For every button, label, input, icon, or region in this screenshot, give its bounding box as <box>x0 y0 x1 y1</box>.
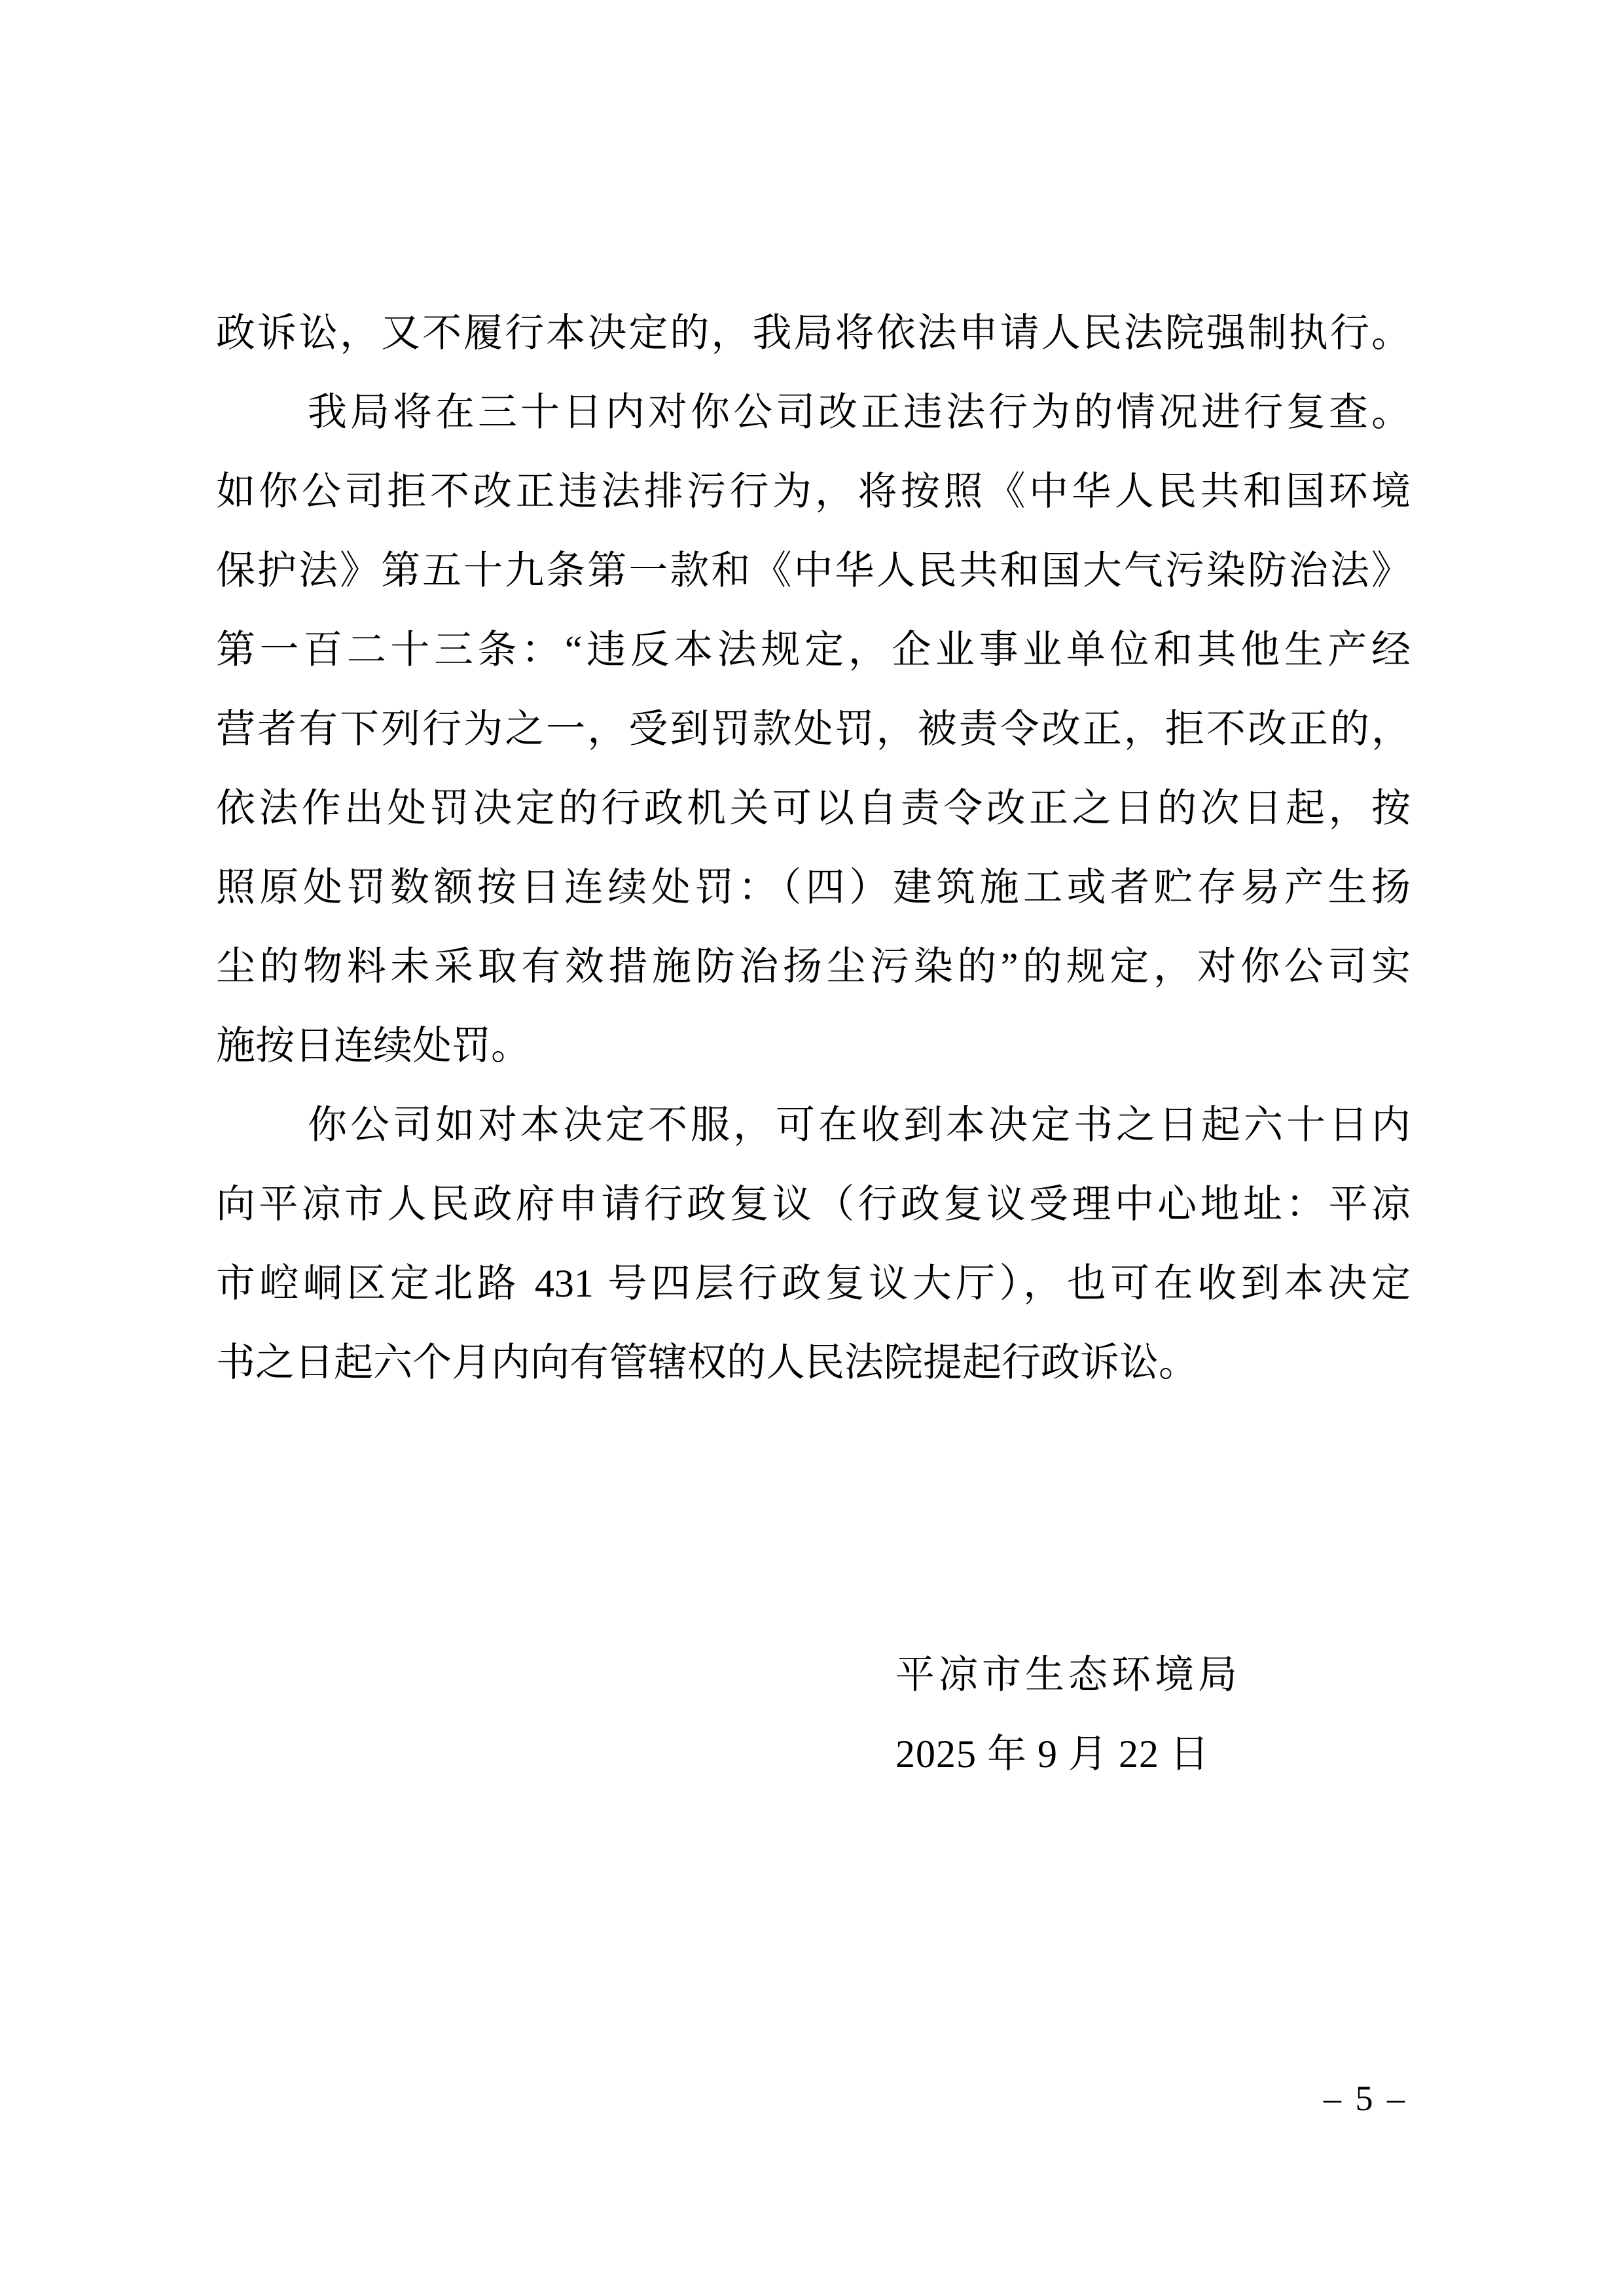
body-line: 政诉讼，又不履行本决定的，我局将依法申请人民法院强制执行。 <box>216 294 1411 373</box>
body-line: 保护法》第五十九条第一款和《中华人民共和国大气污染防治法》 <box>216 531 1411 611</box>
body-line: 照原处罚数额按日连续处罚：（四）建筑施工或者贮存易产生扬 <box>216 848 1411 927</box>
body-line: 施按日连续处罚。 <box>216 1007 1411 1086</box>
page-number: – 5 – <box>1324 2073 1407 2123</box>
body-line: 依法作出处罚决定的行政机关可以自责令改正之日的次日起，按 <box>216 769 1411 848</box>
body-line: 第一百二十三条：“违反本法规定，企业事业单位和其他生产经 <box>216 611 1411 690</box>
body-line: 尘的物料未采取有效措施防治扬尘污染的”的规定，对你公司实 <box>216 927 1411 1007</box>
body-line: 你公司如对本决定不服，可在收到本决定书之日起六十日内 <box>216 1086 1411 1165</box>
body-line: 向平凉市人民政府申请行政复议（行政复议受理中心地址：平凉 <box>216 1165 1411 1244</box>
body-line: 如你公司拒不改正违法排污行为，将按照《中华人民共和国环境 <box>216 452 1411 531</box>
body-line: 营者有下列行为之一，受到罚款处罚，被责令改正，拒不改正的， <box>216 690 1411 769</box>
signature-date: 2025 年 9 月 22 日 <box>895 1715 1210 1794</box>
signature-organization: 平凉市生态环境局 <box>895 1636 1241 1715</box>
document-page: 政诉讼，又不履行本决定的，我局将依法申请人民法院强制执行。 我局将在三十日内对你… <box>0 0 1624 2296</box>
body-line: 市崆峒区定北路 431 号四层行政复议大厅），也可在收到本决定 <box>216 1244 1411 1323</box>
body-text: 政诉讼，又不履行本决定的，我局将依法申请人民法院强制执行。 我局将在三十日内对你… <box>216 294 1411 1403</box>
body-line: 书之日起六个月内向有管辖权的人民法院提起行政诉讼。 <box>216 1323 1411 1403</box>
body-line: 我局将在三十日内对你公司改正违法行为的情况进行复查。 <box>216 373 1411 452</box>
